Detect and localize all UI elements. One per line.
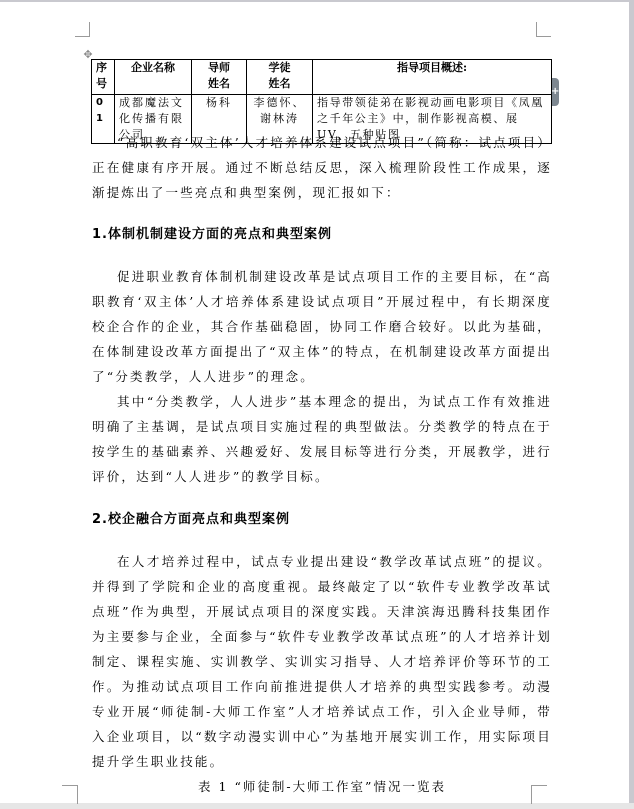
header-company[interactable]: 企业名称 — [115, 60, 192, 95]
document-body[interactable]: “高职教育‘双主体’人才培养体系建设试点项目”（简称：试点项目）正在健康有序开展… — [92, 130, 552, 799]
intro-paragraph: “高职教育‘双主体’人才培养体系建设试点项目”（简称：试点项目）正在健康有序开展… — [92, 130, 552, 205]
table-caption: 表 1 “师徒制-大师工作室”情况一览表 — [92, 774, 552, 799]
margin-corner-top-left — [75, 22, 90, 37]
add-column-button[interactable]: + — [551, 78, 559, 106]
margin-corner-top-right — [536, 22, 551, 37]
header-mentor[interactable]: 导师 姓名 — [192, 60, 247, 95]
section-1-heading: 1.体制机制建设方面的亮点和典型案例 — [92, 222, 552, 247]
section-1-paragraph: 促进职业教育体制机制建设改革是试点项目工作的主要目标，在“高职教育‘双主体’人才… — [92, 264, 552, 389]
table-header-row: 序 号 企业名称 导师 姓名 学徒 姓名 指导项目概述: — [92, 60, 552, 95]
section-2-paragraph: 在人才培养过程中，试点专业提出建设“教学改革试点班”的提议。并得到了学院和企业的… — [92, 549, 552, 774]
vertical-scrollbar-track[interactable] — [629, 0, 634, 809]
header-index[interactable]: 序 号 — [92, 60, 115, 95]
header-apprentice[interactable]: 学徒 姓名 — [247, 60, 313, 95]
section-1-paragraph: 其中“分类教学，人人进步”基本理念的提出，为试点工作有效推进明确了主基调，是试点… — [92, 389, 552, 489]
margin-corner-bottom-left — [62, 785, 78, 804]
window-top-edge — [0, 0, 634, 2]
header-summary[interactable]: 指导项目概述: — [313, 60, 552, 95]
section-2-heading: 2.校企融合方面亮点和典型案例 — [92, 507, 552, 532]
